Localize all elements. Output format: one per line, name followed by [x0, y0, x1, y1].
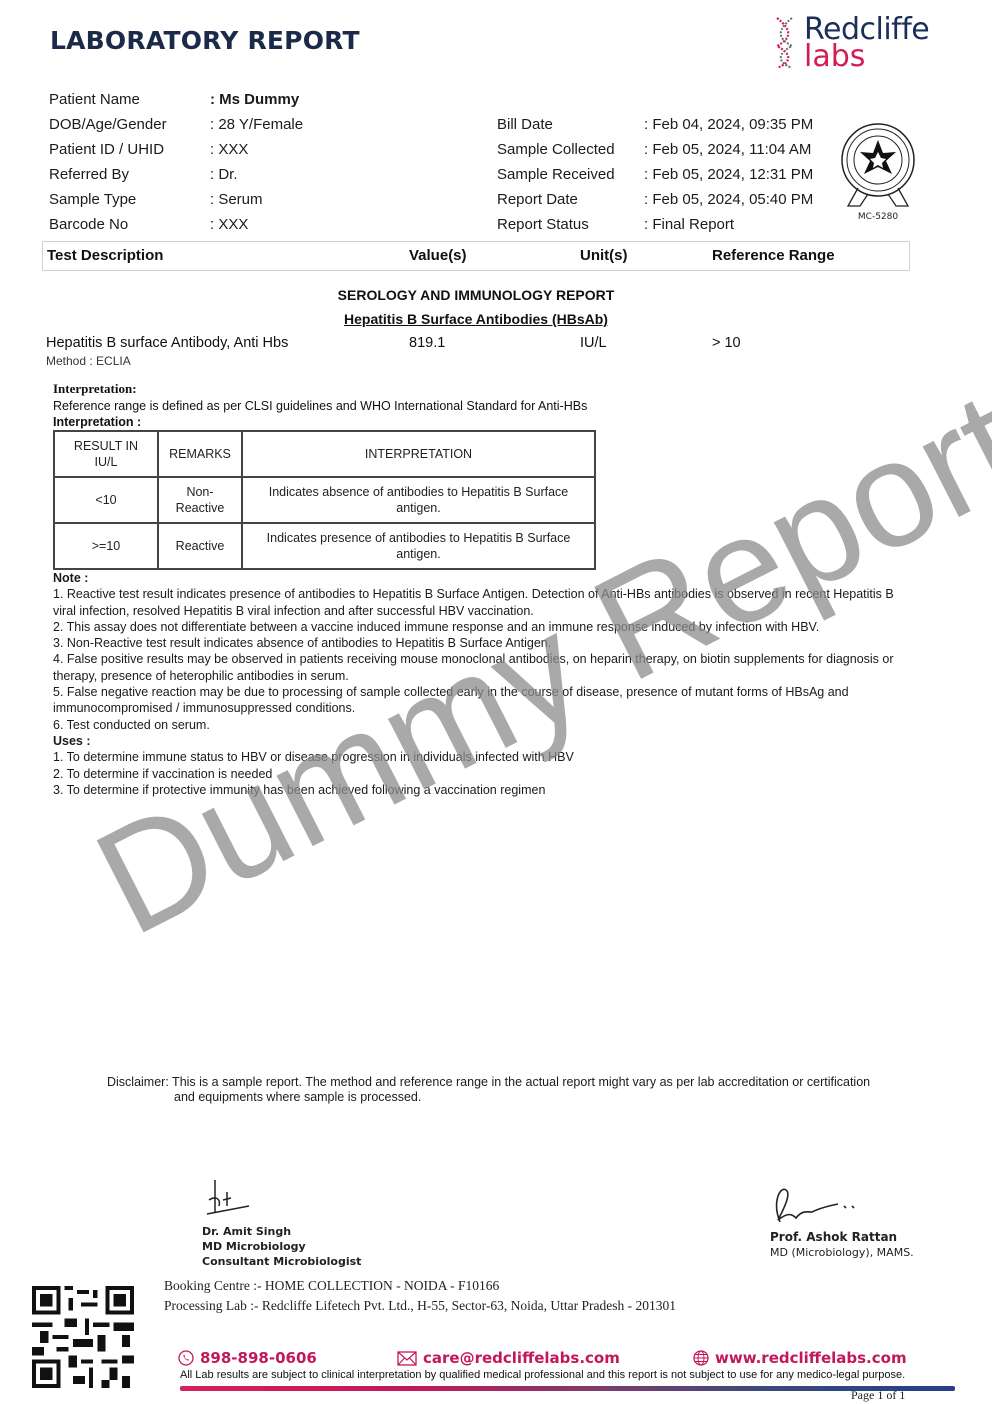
interpretation-subheading: Interpretation : [53, 415, 141, 429]
use-item: 3. To determine if protective immunity h… [53, 782, 913, 798]
brand-suffix: labs [804, 42, 865, 72]
field-value: : XXX [210, 137, 248, 162]
cell-result: <10 [54, 477, 158, 523]
test-unit: IU/L [580, 335, 607, 351]
report-date-row: Report Date: Feb 05, 2024, 05:40 PM [497, 187, 645, 212]
note-item: 1. Reactive test result indicates presen… [53, 586, 913, 619]
field-label: Patient Name [49, 87, 209, 112]
field-value: : Serum [210, 187, 263, 212]
sample-received-row: Sample Received: Feb 05, 2024, 12:31 PM [497, 162, 645, 187]
test-value: 819.1 [409, 335, 445, 351]
signatory-qualification: MD Microbiology [202, 1239, 361, 1254]
interpretation-heading: Interpretation: [53, 381, 137, 397]
qr-code-icon[interactable] [32, 1286, 134, 1388]
sample-type-row: Sample Type: Serum [49, 187, 209, 212]
field-value: : Final Report [644, 212, 734, 237]
col-values: Value(s) [409, 247, 467, 264]
section-title: SEROLOGY AND IMMUNOLOGY REPORT [0, 287, 952, 303]
note-item: 4. False positive results may be observe… [53, 651, 913, 684]
disclaimer-line1: Disclaimer: This is a sample report. The… [107, 1075, 870, 1089]
header-remarks: REMARKS [158, 431, 242, 477]
bill-date-row: Bill Date: Feb 04, 2024, 09:35 PM [497, 112, 645, 137]
phone-icon [178, 1350, 194, 1366]
disclaimer-line2: and equipments where sample is processed… [107, 1090, 937, 1105]
results-table-header: Test Description Value(s) Unit(s) Refere… [42, 241, 910, 271]
field-label: Barcode No [49, 212, 209, 237]
cell-remarks: Reactive [158, 523, 242, 569]
note-item: 2. This assay does not differentiate bet… [53, 619, 913, 635]
dob-age-gender-row: DOB/Age/Gender: 28 Y/Female [49, 112, 209, 137]
phone-contact[interactable]: 898-898-0606 [178, 1349, 317, 1367]
field-value: : Feb 05, 2024, 12:31 PM [644, 162, 813, 187]
test-reference: > 10 [712, 335, 741, 351]
field-label: Sample Received [497, 162, 645, 187]
cell-result: >=10 [54, 523, 158, 569]
patient-info-left: Patient Name: Ms Dummy DOB/Age/Gender: 2… [49, 87, 209, 237]
email-address[interactable]: care@redcliffelabs.com [423, 1349, 620, 1367]
field-label: Sample Collected [497, 137, 645, 162]
mail-icon [397, 1351, 417, 1366]
subsection-title: Hepatitis B Surface Antibodies (HBsAb) [0, 311, 952, 327]
legal-notice: All Lab results are subject to clinical … [180, 1369, 905, 1381]
cell-interpretation: Indicates presence of antibodies to Hepa… [242, 523, 595, 569]
patient-id-row: Patient ID / UHID: XXX [49, 137, 209, 162]
processing-lab: Processing Lab :- Redcliffe Lifetech Pvt… [164, 1298, 676, 1314]
use-item: 2. To determine if vaccination is needed [53, 766, 913, 782]
field-label: Bill Date [497, 112, 645, 137]
globe-icon [693, 1350, 709, 1366]
patient-name-value: : Ms Dummy [210, 87, 299, 112]
footer-gradient-bar [180, 1386, 955, 1391]
field-value: : Feb 04, 2024, 09:35 PM [644, 112, 813, 137]
barcode-row: Barcode No: XXX [49, 212, 209, 237]
field-value: : XXX [210, 212, 248, 237]
interpretation-text: Reference range is defined as per CLSI g… [53, 399, 587, 413]
col-reference-range: Reference Range [712, 247, 835, 264]
field-value: : Feb 05, 2024, 05:40 PM [644, 187, 813, 212]
signatory-amit-singh: Dr. Amit Singh MD Microbiology Consultan… [202, 1224, 361, 1269]
report-title: LABORATORY REPORT [50, 26, 360, 55]
phone-number[interactable]: 898-898-0606 [200, 1349, 317, 1367]
uses-heading: Uses : [53, 733, 913, 749]
field-label: Sample Type [49, 187, 209, 212]
website-link[interactable]: www.redcliffelabs.com [715, 1349, 907, 1367]
signature-ashok-rattan-icon [768, 1182, 863, 1228]
field-value: : Dr. [210, 162, 238, 187]
website-contact[interactable]: www.redcliffelabs.com [693, 1349, 907, 1367]
field-label: Patient ID / UHID [49, 137, 209, 162]
patient-name-row: Patient Name: Ms Dummy [49, 87, 209, 112]
dna-helix-icon [774, 16, 796, 70]
field-value: : Feb 05, 2024, 11:04 AM [644, 137, 811, 162]
page-number: Page 1 of 1 [851, 1388, 905, 1403]
cell-remarks: Non-Reactive [158, 477, 242, 523]
interpretation-table-header: RESULT IN IU/L REMARKS INTERPRETATION [54, 431, 595, 477]
interpretation-table: RESULT IN IU/L REMARKS INTERPRETATION <1… [53, 430, 596, 570]
field-value: : 28 Y/Female [210, 112, 303, 137]
report-status-row: Report Status: Final Report [497, 212, 645, 237]
sample-collected-row: Sample Collected: Feb 05, 2024, 11:04 AM [497, 137, 645, 162]
col-units: Unit(s) [580, 247, 628, 264]
header-interpretation: INTERPRETATION [242, 431, 595, 477]
referred-by-row: Referred By: Dr. [49, 162, 209, 187]
note-item: 6. Test conducted on serum. [53, 717, 913, 733]
signatory-ashok-rattan: Prof. Ashok Rattan MD (Microbiology), MA… [770, 1230, 914, 1260]
signatory-name: Prof. Ashok Rattan [770, 1230, 914, 1245]
field-label: DOB/Age/Gender [49, 112, 209, 137]
redcliffe-logo: Redcliffe labs [774, 12, 954, 72]
booking-centre: Booking Centre :- HOME COLLECTION - NOID… [164, 1278, 499, 1294]
note-item: 3. Non-Reactive test result indicates ab… [53, 635, 913, 651]
email-contact[interactable]: care@redcliffelabs.com [397, 1349, 620, 1367]
field-label: Report Date [497, 187, 645, 212]
accreditation-code: MC-5280 [838, 212, 918, 222]
field-label: Report Status [497, 212, 645, 237]
notes-section: Note : 1. Reactive test result indicates… [53, 570, 913, 798]
signatory-name: Dr. Amit Singh [202, 1224, 361, 1239]
signature-amit-singh-icon [205, 1178, 255, 1222]
cell-interpretation: Indicates absence of antibodies to Hepat… [242, 477, 595, 523]
field-label: Referred By [49, 162, 209, 187]
test-name: Hepatitis B surface Antibody, Anti Hbs [46, 335, 288, 351]
notes-heading: Note : [53, 570, 913, 586]
signatory-designation: Consultant Microbiologist [202, 1254, 361, 1269]
header-result: RESULT IN IU/L [54, 431, 158, 477]
nabl-accreditation-seal-icon [838, 122, 918, 226]
test-method: Method : ECLIA [46, 354, 131, 368]
table-row: <10 Non-Reactive Indicates absence of an… [54, 477, 595, 523]
col-test-description: Test Description [47, 247, 163, 264]
use-item: 1. To determine immune status to HBV or … [53, 749, 913, 765]
table-row: >=10 Reactive Indicates presence of anti… [54, 523, 595, 569]
patient-info-right: Bill Date: Feb 04, 2024, 09:35 PM Sample… [497, 112, 645, 237]
signatory-qualification: MD (Microbiology), MAMS. [770, 1245, 914, 1260]
disclaimer: Disclaimer: This is a sample report. The… [107, 1075, 937, 1105]
note-item: 5. False negative reaction may be due to… [53, 684, 913, 717]
